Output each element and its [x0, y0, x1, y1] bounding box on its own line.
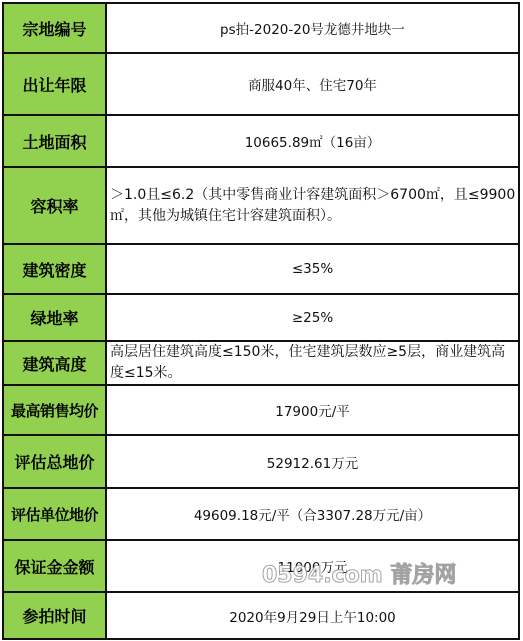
label-assessed-unit-price: 评估单位地价 — [3, 488, 106, 540]
value-parcel-number: ps拍-2020-20号龙德井地块一 — [106, 3, 519, 53]
row-building-density: 建筑密度 ≤35% — [3, 244, 519, 294]
value-land-area: 10665.89㎡（16亩） — [106, 115, 519, 167]
value-building-height: 高层居住建筑高度≤150米，住宅建筑层数应≥5层，商业建筑高度≤15米。 — [106, 341, 519, 385]
value-assessed-unit-price: 49609.18元/平（合3307.28万元/亩） — [106, 488, 519, 540]
land-parcel-info-table: 宗地编号 ps拍-2020-20号龙德井地块一 出让年限 商服40年、住宅70年… — [2, 2, 520, 640]
value-max-sale-price: 17900元/平 — [106, 385, 519, 435]
row-land-area: 土地面积 10665.89㎡（16亩） — [3, 115, 519, 167]
value-auction-time: 2020年9月29日上午10:00 — [106, 592, 519, 639]
value-transfer-term: 商服40年、住宅70年 — [106, 53, 519, 115]
label-deposit-amount: 保证金金额 — [3, 540, 106, 592]
row-assessed-unit-price: 评估单位地价 49609.18元/平（合3307.28万元/亩） — [3, 488, 519, 540]
label-land-area: 土地面积 — [3, 115, 106, 167]
label-building-density: 建筑密度 — [3, 244, 106, 294]
value-plot-ratio: ＞1.0且≤6.2（其中零售商业计容建筑面积＞6700㎡，且≤9900㎡，其他为… — [106, 167, 519, 244]
label-max-sale-price: 最高销售均价 — [3, 385, 106, 435]
row-transfer-term: 出让年限 商服40年、住宅70年 — [3, 53, 519, 115]
row-parcel-number: 宗地编号 ps拍-2020-20号龙德井地块一 — [3, 3, 519, 53]
value-green-ratio: ≥25% — [106, 294, 519, 341]
label-assessed-total-price: 评估总地价 — [3, 435, 106, 488]
value-building-density: ≤35% — [106, 244, 519, 294]
label-plot-ratio: 容积率 — [3, 167, 106, 244]
row-auction-time: 参拍时间 2020年9月29日上午10:00 — [3, 592, 519, 639]
row-assessed-total-price: 评估总地价 52912.61万元 — [3, 435, 519, 488]
label-green-ratio: 绿地率 — [3, 294, 106, 341]
label-transfer-term: 出让年限 — [3, 53, 106, 115]
label-building-height: 建筑高度 — [3, 341, 106, 385]
value-assessed-total-price: 52912.61万元 — [106, 435, 519, 488]
row-building-height: 建筑高度 高层居住建筑高度≤150米，住宅建筑层数应≥5层，商业建筑高度≤15米… — [3, 341, 519, 385]
label-parcel-number: 宗地编号 — [3, 3, 106, 53]
value-deposit-amount: 11000万元 — [106, 540, 519, 592]
row-green-ratio: 绿地率 ≥25% — [3, 294, 519, 341]
row-max-sale-price: 最高销售均价 17900元/平 — [3, 385, 519, 435]
row-plot-ratio: 容积率 ＞1.0且≤6.2（其中零售商业计容建筑面积＞6700㎡，且≤9900㎡… — [3, 167, 519, 244]
row-deposit-amount: 保证金金额 11000万元 — [3, 540, 519, 592]
label-auction-time: 参拍时间 — [3, 592, 106, 639]
